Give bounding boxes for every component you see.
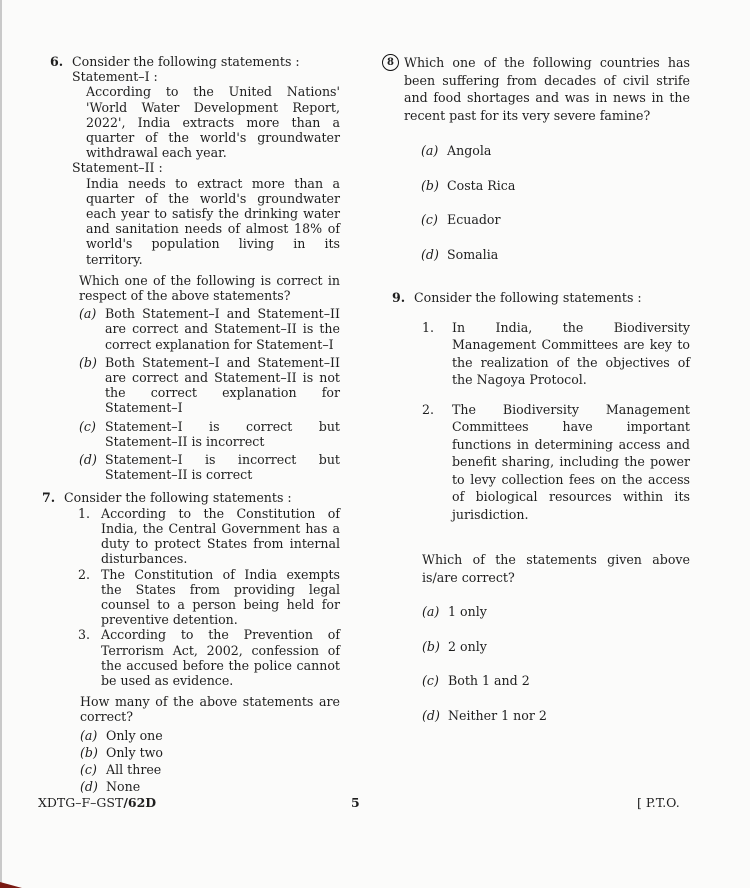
option-label: (b) <box>79 355 105 416</box>
option-label: (c) <box>421 211 447 229</box>
option-a[interactable]: (a) Both Statement–I and Statement–II ar… <box>79 306 340 352</box>
option-label: (a) <box>422 603 448 621</box>
option-text: Both Statement–I and Statement–II are co… <box>105 306 340 352</box>
statement-3: 3. According to the Prevention of Terror… <box>78 627 340 688</box>
option-c[interactable]: (c) All three <box>80 762 340 777</box>
question-stem: Consider the following statements : <box>414 289 690 307</box>
option-label: (c) <box>80 762 106 777</box>
circled-question-number: 8 <box>382 54 399 71</box>
option-text: Costa Rica <box>447 177 690 195</box>
option-b[interactable]: (b) Both Statement–I and Statement–II ar… <box>79 355 340 416</box>
question-stem: Consider the following statements : <box>64 490 340 505</box>
question-number: 7. <box>42 490 64 505</box>
statement-2: 2. The Biodiversity Management Committee… <box>422 401 690 524</box>
statement-2-label: Statement–II : <box>72 160 340 175</box>
option-text: Statement–I is incorrect but Statement–I… <box>105 452 340 482</box>
statement-1: 1. According to the Constitution of Indi… <box>78 506 340 567</box>
option-text: Statement–I is correct but Statement–II … <box>105 419 340 449</box>
option-text: 1 only <box>448 603 690 621</box>
paper-code-prefix: XDTG–F–GST <box>38 795 123 810</box>
statement-2: 2. The Constitution of India exempts the… <box>78 567 340 628</box>
statement-number: 2. <box>78 567 101 628</box>
option-label: (d) <box>421 246 447 264</box>
option-label: (a) <box>79 306 105 352</box>
question-prompt: Which one of the following is correct in… <box>79 273 340 303</box>
option-label: (b) <box>80 745 106 760</box>
option-d[interactable]: (d) None <box>80 779 340 794</box>
option-text: Neither 1 nor 2 <box>448 707 690 725</box>
left-column: 6. Consider the following statements : S… <box>50 54 340 794</box>
exam-page: 6. Consider the following statements : S… <box>0 0 750 888</box>
paper-code-suffix: /62D <box>123 795 156 810</box>
option-text: Somalia <box>447 246 690 264</box>
question-number: 6. <box>50 54 72 69</box>
paper-code: XDTG–F–GST/62D <box>38 795 156 810</box>
option-label: (a) <box>80 728 106 743</box>
option-label: (d) <box>80 779 106 794</box>
option-c[interactable]: (c) Ecuador <box>421 211 690 229</box>
question-stem: Consider the following statements : <box>72 54 340 69</box>
option-b[interactable]: (b) 2 only <box>422 638 690 656</box>
page-edge <box>0 0 2 888</box>
statement-number: 1. <box>422 319 452 389</box>
option-a[interactable]: (a) Angola <box>421 142 690 160</box>
statement-text: In India, the Biodiversity Management Co… <box>452 319 690 389</box>
statement-1: 1. In India, the Biodiversity Management… <box>422 319 690 389</box>
statement-number: 3. <box>78 627 101 688</box>
question-6: 6. Consider the following statements : S… <box>50 54 340 482</box>
statement-1-label: Statement–I : <box>72 69 340 84</box>
option-d[interactable]: (d) Statement–I is incorrect but Stateme… <box>79 452 340 482</box>
page-number: 5 <box>351 795 360 810</box>
option-a[interactable]: (a) 1 only <box>422 603 690 621</box>
option-d[interactable]: (d) Somalia <box>421 246 690 264</box>
statement-number: 2. <box>422 401 452 524</box>
option-text: Ecuador <box>447 211 690 229</box>
option-b[interactable]: (b) Only two <box>80 745 340 760</box>
statement-text: According to the Constitution of India, … <box>101 506 340 567</box>
question-7: 7. Consider the following statements : 1… <box>42 490 340 794</box>
page-corner-decoration <box>0 882 22 888</box>
statement-text: According to the Prevention of Terrorism… <box>101 627 340 688</box>
option-text: Only one <box>106 728 340 743</box>
option-text: Both 1 and 2 <box>448 672 690 690</box>
option-text: Angola <box>447 142 690 160</box>
question-number: 9. <box>392 289 414 307</box>
question-8: 8 Which one of the following countries h… <box>384 54 690 263</box>
option-a[interactable]: (a) Only one <box>80 728 340 743</box>
question-stem: Which one of the following countries has… <box>404 54 690 124</box>
statement-2-text: India needs to extract more than a quart… <box>86 176 340 267</box>
pto-label: [ P.T.O. <box>637 795 680 810</box>
question-prompt: How many of the above statements are cor… <box>80 694 340 724</box>
option-c[interactable]: (c) Both 1 and 2 <box>422 672 690 690</box>
option-d[interactable]: (d) Neither 1 nor 2 <box>422 707 690 725</box>
statement-number: 1. <box>78 506 101 567</box>
option-label: (d) <box>79 452 105 482</box>
right-column: 8 Which one of the following countries h… <box>384 54 690 724</box>
statement-text: The Constitution of India exempts the St… <box>101 567 340 628</box>
option-text: All three <box>106 762 340 777</box>
statement-1-text: According to the United Nations' 'World … <box>86 84 340 160</box>
option-label: (c) <box>422 672 448 690</box>
option-text: Both Statement–I and Statement–II are co… <box>105 355 340 416</box>
option-text: None <box>106 779 340 794</box>
option-label: (a) <box>421 142 447 160</box>
option-label: (c) <box>79 419 105 449</box>
option-text: Only two <box>106 745 340 760</box>
option-label: (b) <box>421 177 447 195</box>
option-c[interactable]: (c) Statement–I is correct but Statement… <box>79 419 340 449</box>
statement-text: The Biodiversity Management Committees h… <box>452 401 690 524</box>
option-label: (b) <box>422 638 448 656</box>
option-label: (d) <box>422 707 448 725</box>
question-prompt: Which of the statements given above is/a… <box>422 551 690 586</box>
option-text: 2 only <box>448 638 690 656</box>
option-b[interactable]: (b) Costa Rica <box>421 177 690 195</box>
question-9: 9. Consider the following statements : 1… <box>392 289 690 724</box>
